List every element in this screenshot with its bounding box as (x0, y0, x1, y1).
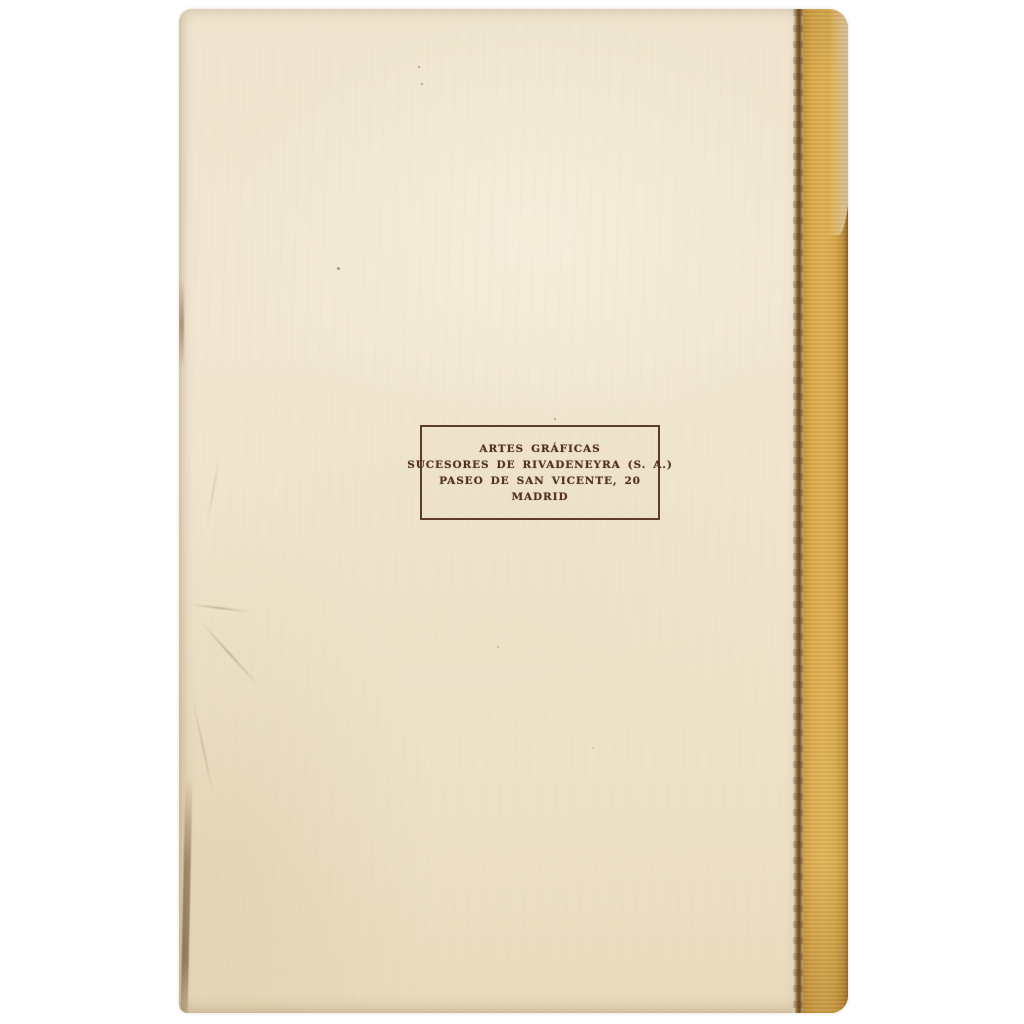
paper-speck (592, 747, 594, 749)
stamp-line-madrid: MADRID (511, 489, 568, 505)
gloss-highlight (828, 9, 848, 235)
spine-fold (793, 9, 803, 1013)
paper-speck (421, 83, 423, 85)
paper-speck (497, 646, 499, 648)
stamp-line-sucesores: SUCESORES DE RIVADENEYRA (S. A.) (407, 457, 672, 473)
printer-stamp: ARTES GRÁFICAS SUCESORES DE RIVADENEYRA … (420, 425, 660, 520)
paper-speck (337, 267, 340, 270)
crease-mark (206, 458, 220, 527)
crease-mark (200, 621, 259, 686)
stamp-line-artes-graficas: ARTES GRÁFICAS (479, 441, 600, 457)
edge-wear (180, 777, 192, 1013)
paper-speck (418, 66, 420, 68)
book-back-cover: ARTES GRÁFICAS SUCESORES DE RIVADENEYRA … (179, 9, 848, 1013)
crease-mark (192, 700, 214, 794)
paper-speck (554, 418, 556, 420)
crease-mark (187, 603, 251, 613)
edge-wear (179, 279, 184, 369)
stamp-line-paseo: PASEO DE SAN VICENTE, 20 (439, 473, 641, 489)
book-spine (803, 9, 848, 1013)
cover-paper: ARTES GRÁFICAS SUCESORES DE RIVADENEYRA … (179, 9, 793, 1013)
photo-background: ARTES GRÁFICAS SUCESORES DE RIVADENEYRA … (0, 0, 1024, 1024)
